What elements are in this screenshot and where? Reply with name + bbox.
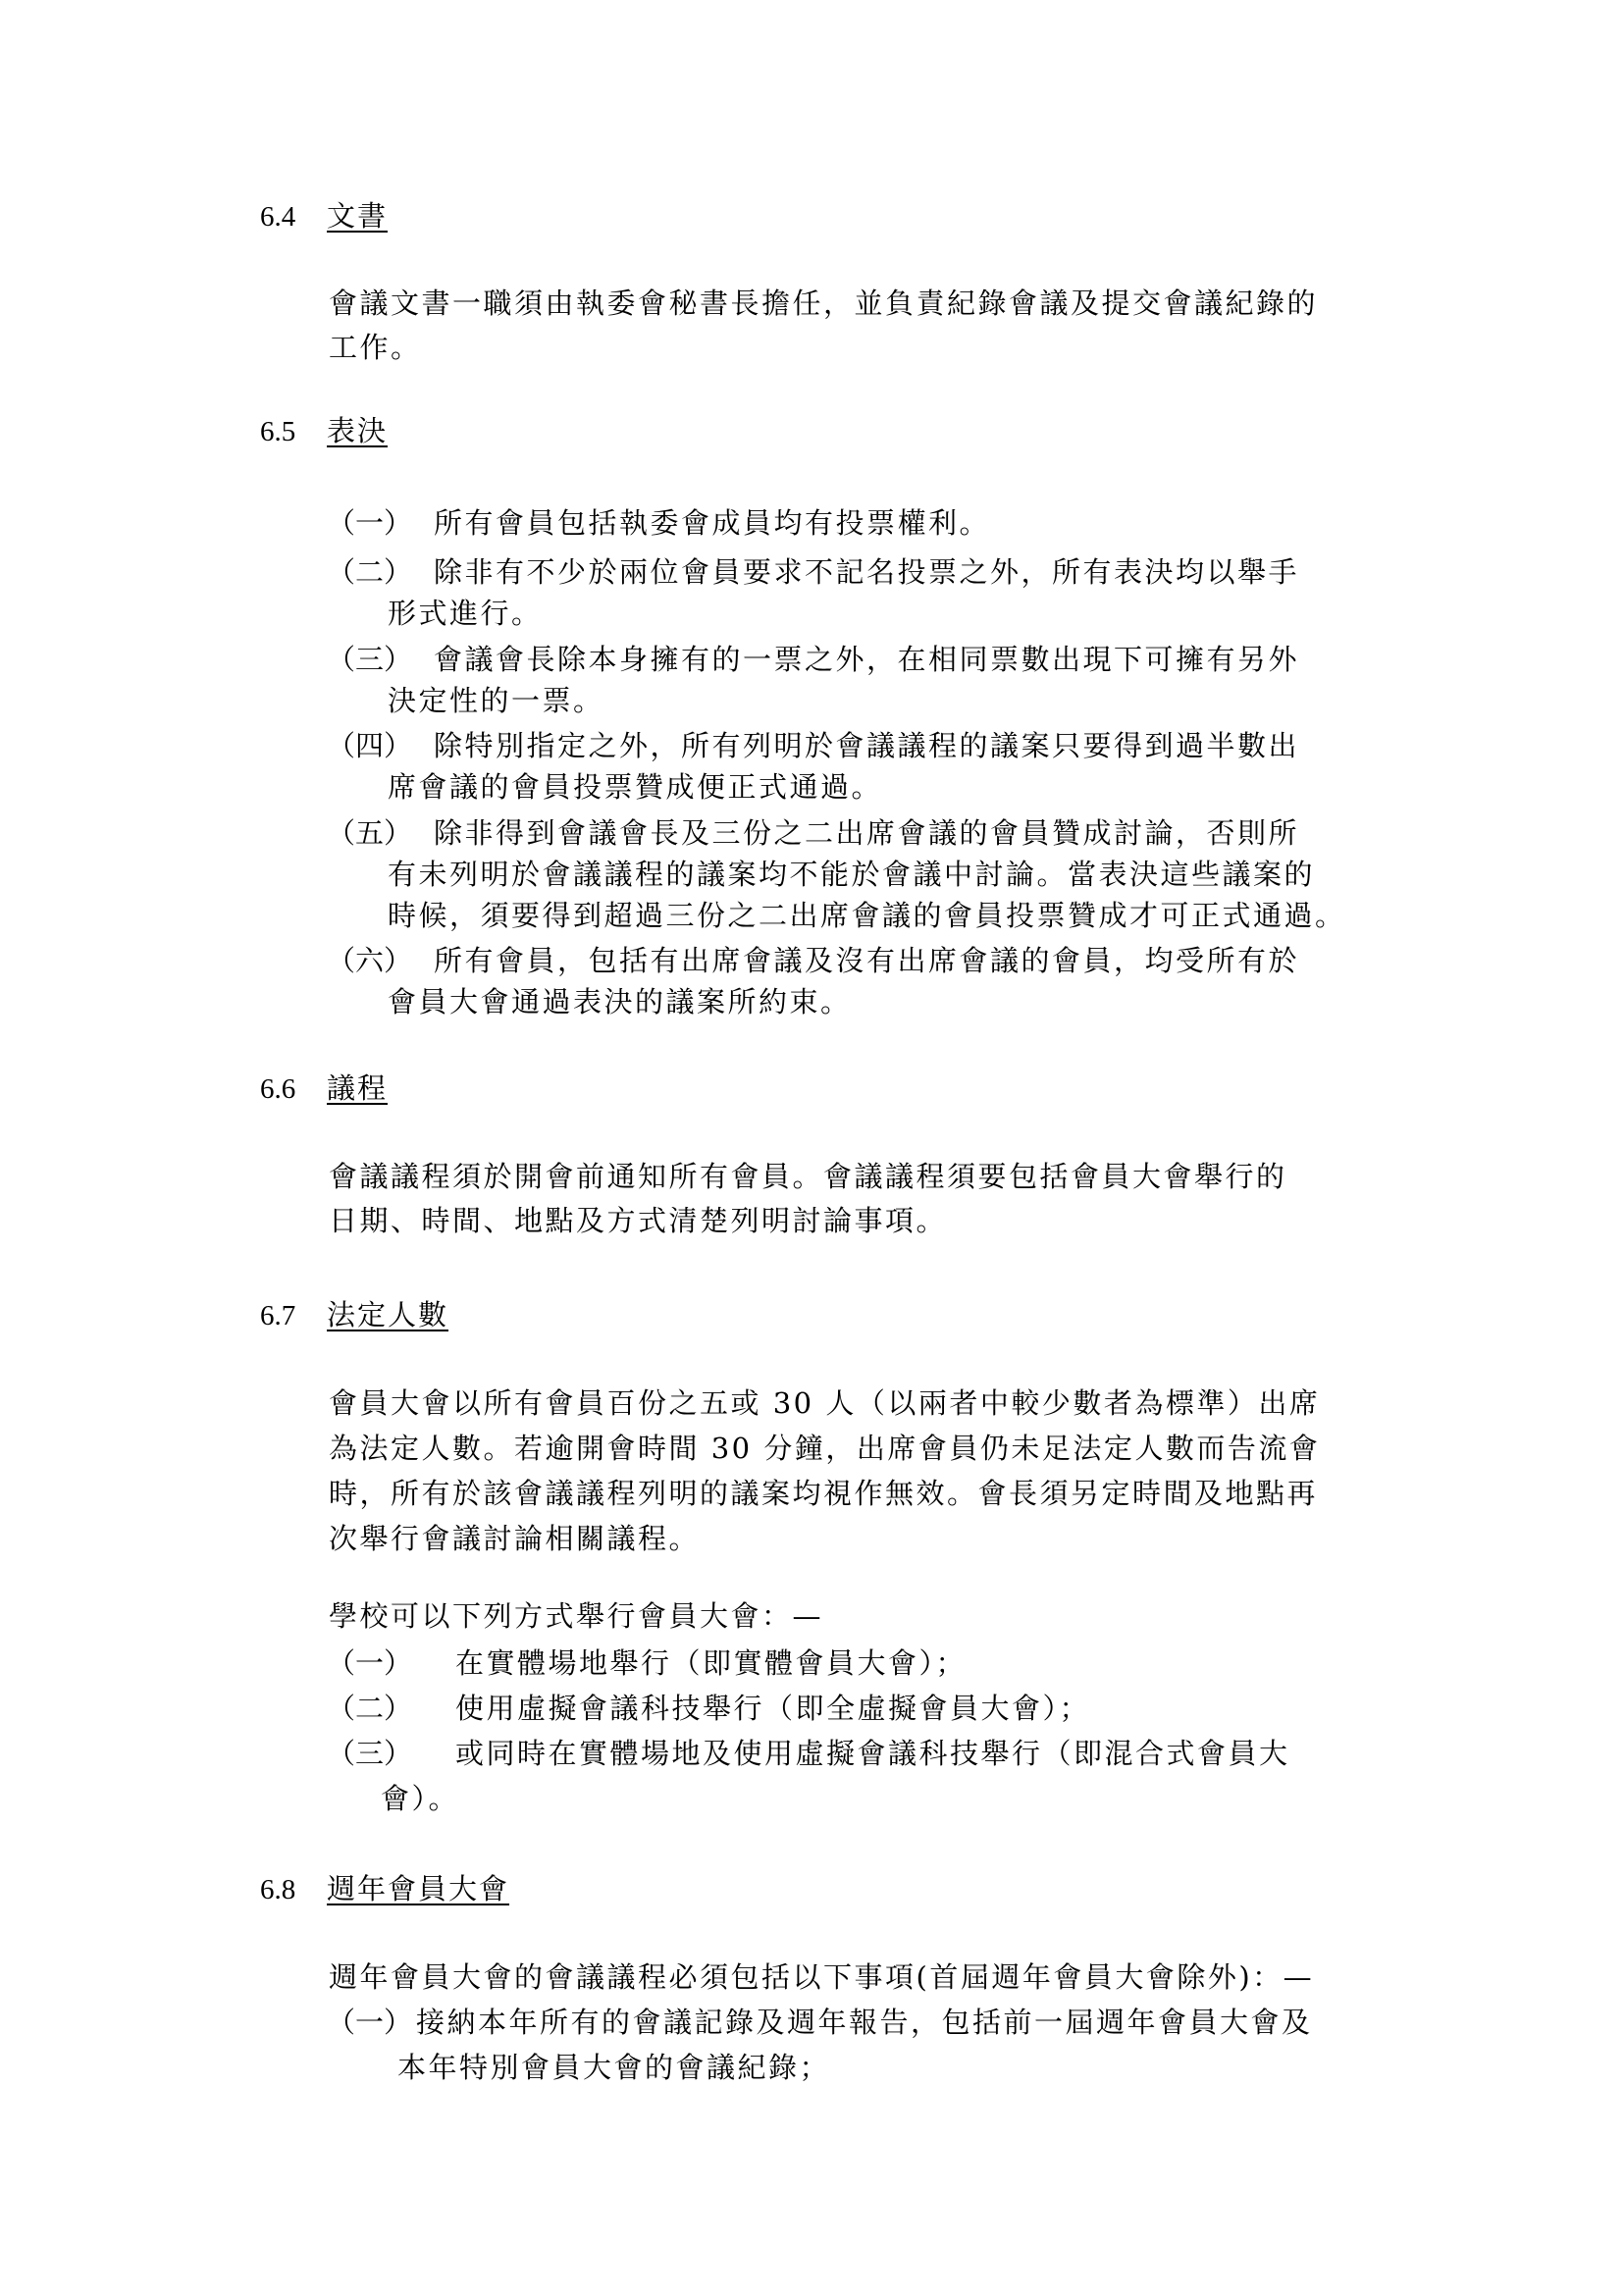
section-heading-6-8: 6.8週年會員大會 xyxy=(260,1872,509,1906)
list-item-continuation: 時候，須要得到超過三份之二出席會議的會員投票贊成才可正式通過。 xyxy=(388,899,1346,932)
list-marker: （三） xyxy=(327,1737,412,1770)
list-item: （五）除非得到會議會長及三份之二出席會議的會員贊成討論，否則所 xyxy=(327,816,1299,850)
section-title: 週年會員大會 xyxy=(327,1872,509,1905)
list-item: （二）除非有不少於兩位會員要求不記名投票之外，所有表決均以舉手 xyxy=(327,555,1299,589)
section-number: 6.7 xyxy=(260,1299,327,1332)
list-item: （四）除特別指定之外，所有列明於會議議程的議案只要得到過半數出 xyxy=(327,729,1299,762)
list-marker: （六） xyxy=(327,944,412,977)
list-marker: （一） xyxy=(327,1646,412,1680)
list-item: （二）使用虛擬會議科技舉行（即全虛擬會員大會）； xyxy=(327,1692,1090,1725)
paragraph-line: 會員大會以所有會員百份之五或 30 人（以兩者中較少數者為標準）出席 xyxy=(329,1386,1320,1420)
list-marker: （三） xyxy=(327,643,412,676)
section-title: 法定人數 xyxy=(327,1298,448,1331)
list-item: （三）或同時在實體場地及使用虛擬會議科技舉行（即混合式會員大 xyxy=(327,1737,1290,1770)
list-item-continuation: 會）。 xyxy=(381,1782,459,1815)
section-heading-6-4: 6.4文書 xyxy=(260,199,388,234)
paragraph-line: 工作。 xyxy=(329,331,422,364)
list-item-continuation: 會員大會通過表決的議案所約束。 xyxy=(388,985,852,1018)
paragraph-line: 會議議程須於開會前通知所有會員。會議議程須要包括會員大會舉行的 xyxy=(329,1160,1287,1193)
list-item-continuation: 決定性的一票。 xyxy=(388,684,604,717)
section-heading-6-7: 6.7法定人數 xyxy=(260,1298,448,1332)
section-title: 議程 xyxy=(327,1071,388,1105)
paragraph-line: 日期、時間、地點及方式清楚列明討論事項。 xyxy=(329,1204,947,1237)
section-number: 6.5 xyxy=(260,415,327,448)
paragraph-line: 會議文書一職須由執委會秘書長擔任，並負責紀錄會議及提交會議紀錄的 xyxy=(329,287,1318,320)
list-marker: （一） xyxy=(327,2006,412,2039)
section-number: 6.8 xyxy=(260,1873,327,1906)
list-marker: （一） xyxy=(327,506,412,540)
list-item: （三）會議會長除本身擁有的一票之外，在相同票數出現下可擁有另外 xyxy=(327,643,1299,676)
modes-intro: 學校可以下列方式舉行會員大會：— xyxy=(329,1599,823,1633)
section-heading-6-6: 6.6議程 xyxy=(260,1071,388,1106)
document-page: 6.4文書 會議文書一職須由執委會秘書長擔任，並負責紀錄會議及提交會議紀錄的 工… xyxy=(0,0,1624,2295)
list-marker: （四） xyxy=(327,729,412,762)
paragraph-line: 時，所有於該會議議程列明的議案均視作無效。會長須另定時間及地點再 xyxy=(329,1477,1318,1510)
list-item: （一）在實體場地舉行（即實體會員大會）； xyxy=(327,1646,967,1680)
section-heading-6-5: 6.5表決 xyxy=(260,414,388,448)
agm-intro: 週年會員大會的會議議程必須包括以下事項(首屆週年會員大會除外)：— xyxy=(329,1960,1314,1994)
section-number: 6.4 xyxy=(260,200,327,234)
list-item-continuation: 席會議的會員投票贊成便正式通過。 xyxy=(388,770,882,804)
list-marker: （二） xyxy=(327,555,412,589)
list-marker: （二） xyxy=(327,1692,412,1725)
list-item: （一）所有會員包括執委會成員均有投票權利。 xyxy=(327,506,990,540)
section-number: 6.6 xyxy=(260,1072,327,1106)
list-item: （一）接納本年所有的會議記錄及週年報告，包括前一屆週年會員大會及 xyxy=(327,2006,1313,2039)
list-marker: （五） xyxy=(327,816,412,850)
list-item-continuation: 本年特別會員大會的會議紀錄； xyxy=(397,2051,830,2084)
section-title: 表決 xyxy=(327,414,388,447)
list-item-continuation: 形式進行。 xyxy=(388,597,543,630)
section-title: 文書 xyxy=(327,199,388,233)
list-item-continuation: 有未列明於會議議程的議案均不能於會議中討論。當表決這些議案的 xyxy=(388,858,1315,891)
list-item: （六）所有會員，包括有出席會議及沒有出席會議的會員，均受所有於 xyxy=(327,944,1299,977)
paragraph-line: 為法定人數。若逾開會時間 30 分鐘，出席會員仍未足法定人數而告流會 xyxy=(329,1432,1320,1465)
paragraph-line: 次舉行會議討論相關議程。 xyxy=(329,1522,700,1555)
